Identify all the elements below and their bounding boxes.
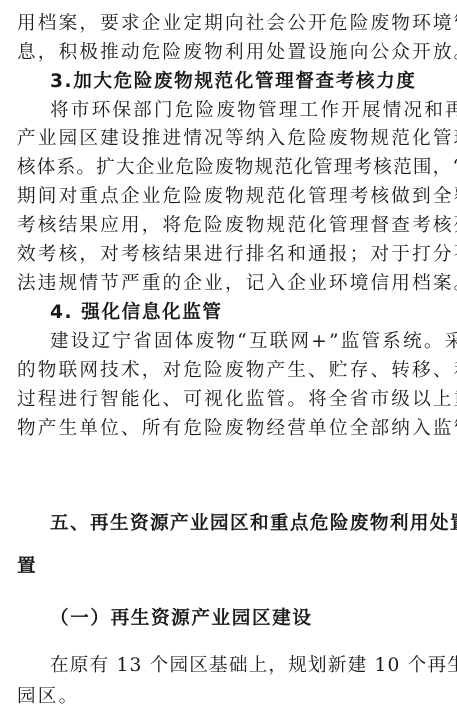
paragraph-line: 息，积极推动危险废物利用处置设施向公众开放。 [17, 42, 457, 64]
section-heading: 五、再生资源产业园区和重点危险废物利用处置能力配 [50, 513, 457, 535]
paragraph-line: 效考核，对考核结果进行排名和通报；对于打分不达标且违 [17, 244, 457, 266]
paragraph-line: 法违规情节严重的企业，记入企业环境信用档案。 [17, 273, 457, 295]
section-heading-continuation: 置 [17, 556, 37, 578]
paragraph-line: 过程进行智能化、可视化监管。将全省市级以上重点危险废 [17, 389, 457, 411]
subsection-heading: 4. 强化信息化监管 [50, 302, 223, 324]
paragraph-line: 核体系。扩大企业危险废物规范化管理考核范围，“十三五” [17, 157, 457, 179]
paragraph-line: 考核结果应用，将危险废物规范化管理督查考核列入政府绩 [17, 215, 457, 237]
paragraph-line: 期间对重点企业危险废物规范化管理考核做到全覆盖。强化 [17, 186, 457, 208]
paragraph-line: 建设辽宁省固体废物“互联网+”监管系统。采用先进 [50, 331, 457, 353]
paragraph-line: 在原有 13 个园区基础上，规划新建 10 个再生资源产业 [50, 655, 457, 677]
paragraph-line: 用档案，要求企业定期向社会公开危险废物环境管理相关信 [17, 13, 457, 35]
subsection-heading: 3.加大危险废物规范化管理督查考核力度 [50, 71, 417, 93]
paragraph-line: 产业园区建设推进情况等纳入危险废物规范化管理督查考 [17, 128, 457, 150]
paragraph-line: 将市环保部门危险废物管理工作开展情况和再生资源 [50, 100, 457, 122]
paragraph-line: 园区。 [17, 686, 79, 708]
paragraph-line: 物产生单位、所有危险废物经营单位全部纳入监管系统。 [17, 418, 457, 440]
paragraph-line: 的物联网技术，对危险废物产生、贮存、转移、利用处置全 [17, 360, 457, 382]
subsection-heading: （一）再生资源产业园区建设 [50, 608, 313, 630]
